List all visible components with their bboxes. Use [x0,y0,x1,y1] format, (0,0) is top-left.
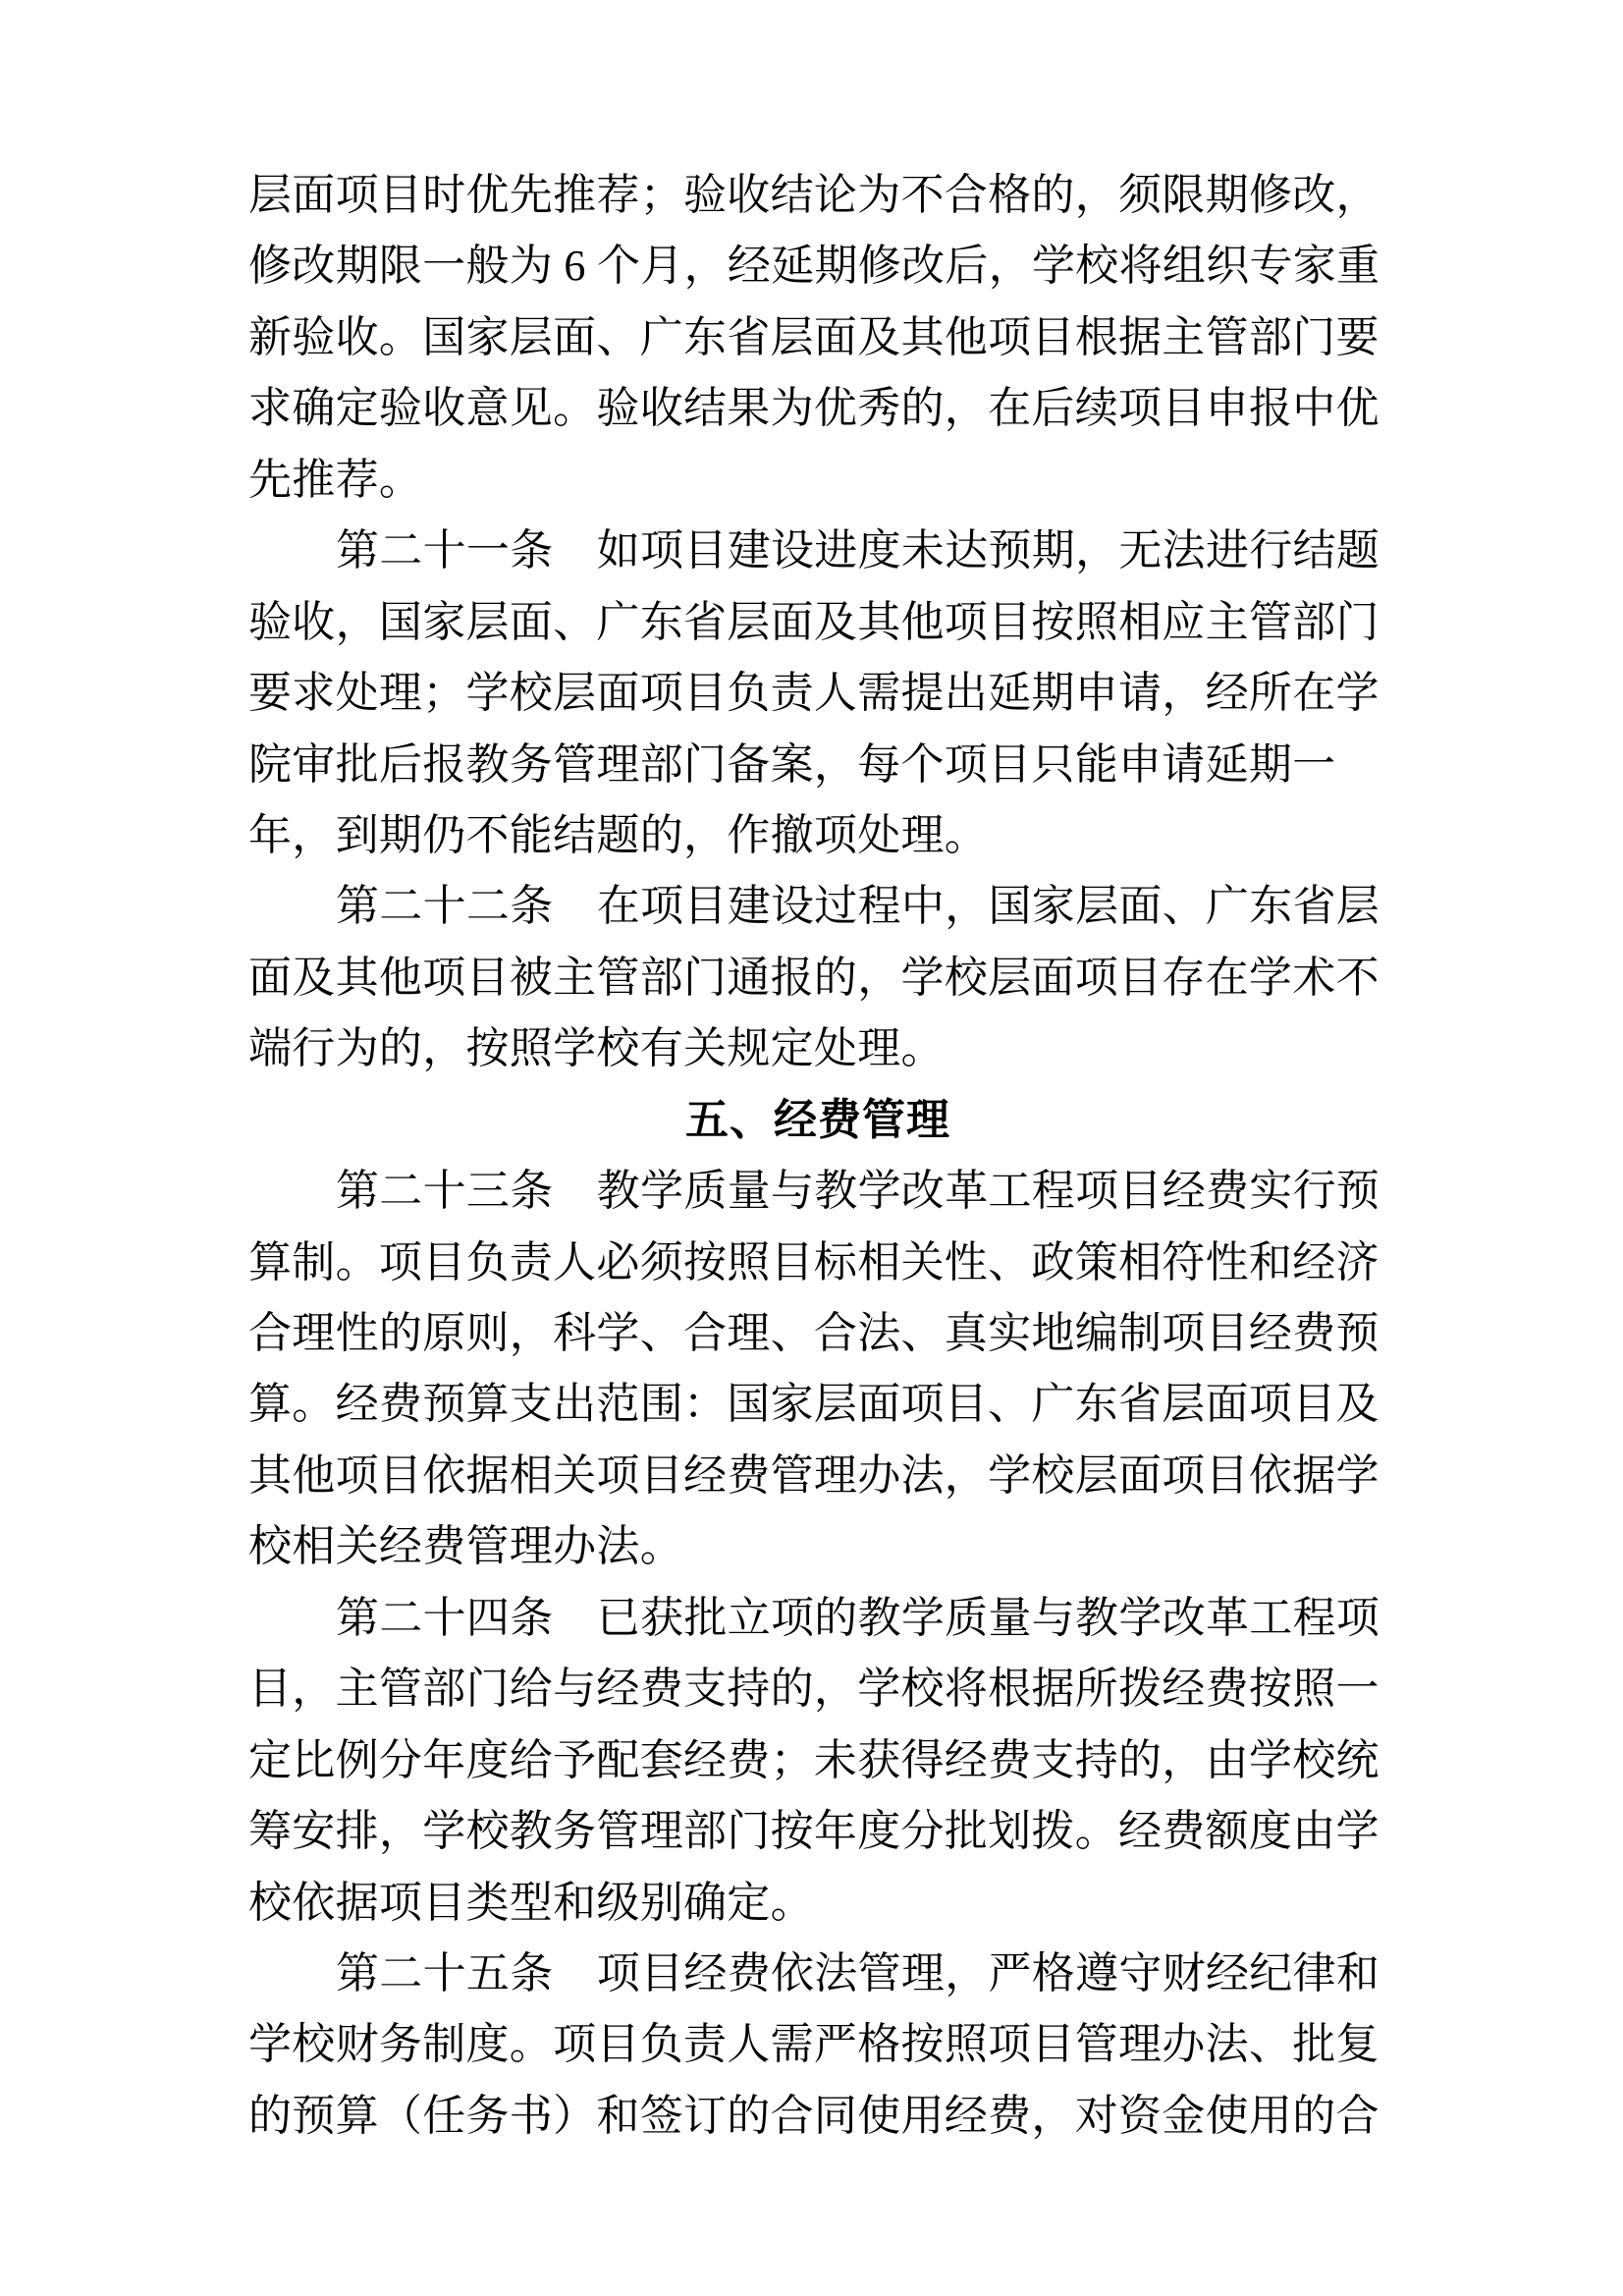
text-line: 学校财务制度。项目负责人需严格按照项目管理办法、批复 [248,2009,1387,2080]
text-line: 合理性的原则，科学、合理、合法、真实地编制项目经费预 [248,1298,1387,1369]
text-line: 校相关经费管理办法。 [248,1511,1387,1582]
document-page: 层面项目时优先推荐；验收结论为不合格的，须限期修改， 修改期限一般为 6 个月，… [0,0,1623,2296]
text-line-article-25: 第二十五条 项目经费依法管理，严格遵守财经纪律和 [248,1939,1387,2009]
text-line: 校依据项目类型和级别确定。 [248,1868,1387,1939]
text-block: 层面项目时优先推荐；验收结论为不合格的，须限期修改， 修改期限一般为 6 个月，… [248,160,1387,2152]
text-line: 其他项目依据相关项目经费管理办法，学校层面项目依据学 [248,1441,1387,1511]
text-line-article-24: 第二十四条 已获批立项的教学质量与教学改革工程项 [248,1583,1387,1654]
text-line: 的预算（任务书）和签订的合同使用经费，对资金使用的合 [248,2081,1387,2152]
text-line: 要求处理；学校层面项目负责人需提出延期申请，经所在学 [248,658,1387,729]
text-line-article-23: 第二十三条 教学质量与教学改革工程项目经费实行预 [248,1156,1387,1227]
text-line: 定比例分年度给予配套经费；未获得经费支持的，由学校统 [248,1725,1387,1796]
text-line-article-21: 第二十一条 如项目建设进度未达预期，无法进行结题 [248,516,1387,586]
text-line: 目，主管部门给与经费支持的，学校将根据所拨经费按照一 [248,1654,1387,1724]
text-line: 新验收。国家层面、广东省层面及其他项目根据主管部门要 [248,302,1387,373]
text-line: 筹安排，学校教务管理部门按年度分批划拨。经费额度由学 [248,1796,1387,1867]
text-line: 算。经费预算支出范围：国家层面项目、广东省层面项目及 [248,1369,1387,1440]
text-line: 层面项目时优先推荐；验收结论为不合格的，须限期修改， [248,160,1387,231]
text-line: 先推荐。 [248,445,1387,516]
text-line: 算制。项目负责人必须按照目标相关性、政策相符性和经济 [248,1228,1387,1298]
text-line: 修改期限一般为 6 个月，经延期修改后，学校将组织专家重 [248,231,1387,301]
text-line: 求确定验收意见。验收结果为优秀的，在后续项目申报中优 [248,373,1387,444]
text-line: 端行为的，按照学校有关规定处理。 [248,1013,1387,1084]
text-line-article-22: 第二十二条 在项目建设过程中，国家层面、广东省层 [248,871,1387,942]
text-line: 院审批后报教务管理部门备案，每个项目只能申请延期一 [248,730,1387,800]
text-line: 验收，国家层面、广东省层面及其他项目按照相应主管部门 [248,587,1387,658]
text-line: 面及其他项目被主管部门通报的，学校层面项目存在学术不 [248,943,1387,1013]
section-heading: 五、经费管理 [248,1085,1387,1156]
text-line: 年，到期仍不能结题的，作撤项处理。 [248,800,1387,871]
